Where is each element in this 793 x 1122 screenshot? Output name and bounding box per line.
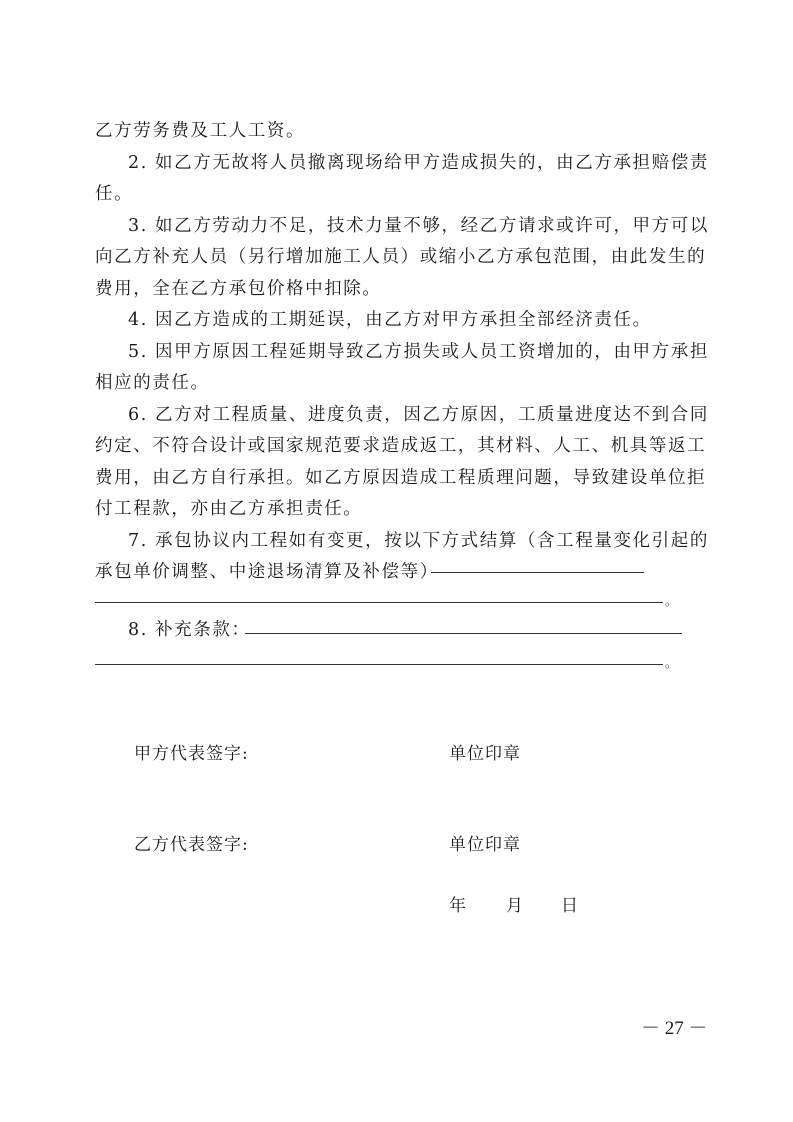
settlement-fill-line[interactable] <box>431 572 644 573</box>
date-month-label: 月 <box>506 891 524 916</box>
paragraph-line: 向乙方补充人员（另行增加施工人员）或缩小乙方承包范围，由此发生的 <box>95 247 706 267</box>
settlement-fill-line-2[interactable] <box>95 602 663 603</box>
paragraph-line: 费用，由乙方自行承担。如乙方原因造成工程质理问题，导致建设单位拒 <box>95 468 706 488</box>
page-number: － 27 － <box>641 1013 708 1040</box>
paragraph-line: 任。 <box>95 184 133 204</box>
paragraph-line: 乙方劳务费及工人工资。 <box>95 121 305 141</box>
supplementary-fill-line[interactable] <box>245 633 682 634</box>
paragraph-line: 6. 乙方对工程质量、进度负责，因乙方原因，工质量进度达不到合同 <box>128 405 709 425</box>
paragraph-line: 3. 如乙方劳动力不足，技术力量不够，经乙方请求或许可，甲方可以 <box>128 216 709 236</box>
paragraph-line: 4. 因乙方造成的工期延误，由乙方对甲方承担全部经济责任。 <box>128 310 652 330</box>
supplementary-fill-line-2[interactable] <box>95 664 663 665</box>
paragraph-line: 约定、不符合设计或国家规范要求造成返工，其材料、人工、机具等返工 <box>95 436 706 456</box>
date-day-label: 日 <box>561 891 579 916</box>
paragraph-line: 8. 补充条款： <box>128 620 251 640</box>
paragraph-line: 2. 如乙方无故将人员撤离现场给甲方造成损失的，由乙方承担赔偿责 <box>128 153 709 173</box>
party-a-signature-label: 甲方代表签字: <box>134 739 249 764</box>
paragraph-line: 5. 因甲方原因工程延期导致乙方损失或人员工资增加的，由甲方承担 <box>128 342 709 362</box>
paragraph-line: 承包单价调整、中途退场清算及补偿等） <box>95 562 439 582</box>
date-year-label: 年 <box>449 891 467 916</box>
end-mark: 。 <box>665 654 677 671</box>
paragraph-line: 费用，全在乙方承包价格中扣除。 <box>95 279 382 299</box>
paragraph-line: 7. 承包协议内工程如有变更，按以下方式结算（含工程量变化引起的 <box>128 531 709 551</box>
paragraph-line: 付工程款，亦由乙方承担责任。 <box>95 499 362 519</box>
paragraph-line: 相应的责任。 <box>95 373 210 393</box>
party-b-seal-label: 单位印章 <box>449 830 521 855</box>
end-mark: 。 <box>665 592 677 609</box>
party-a-seal-label: 单位印章 <box>449 739 521 764</box>
party-b-signature-label: 乙方代表签字: <box>134 830 249 855</box>
